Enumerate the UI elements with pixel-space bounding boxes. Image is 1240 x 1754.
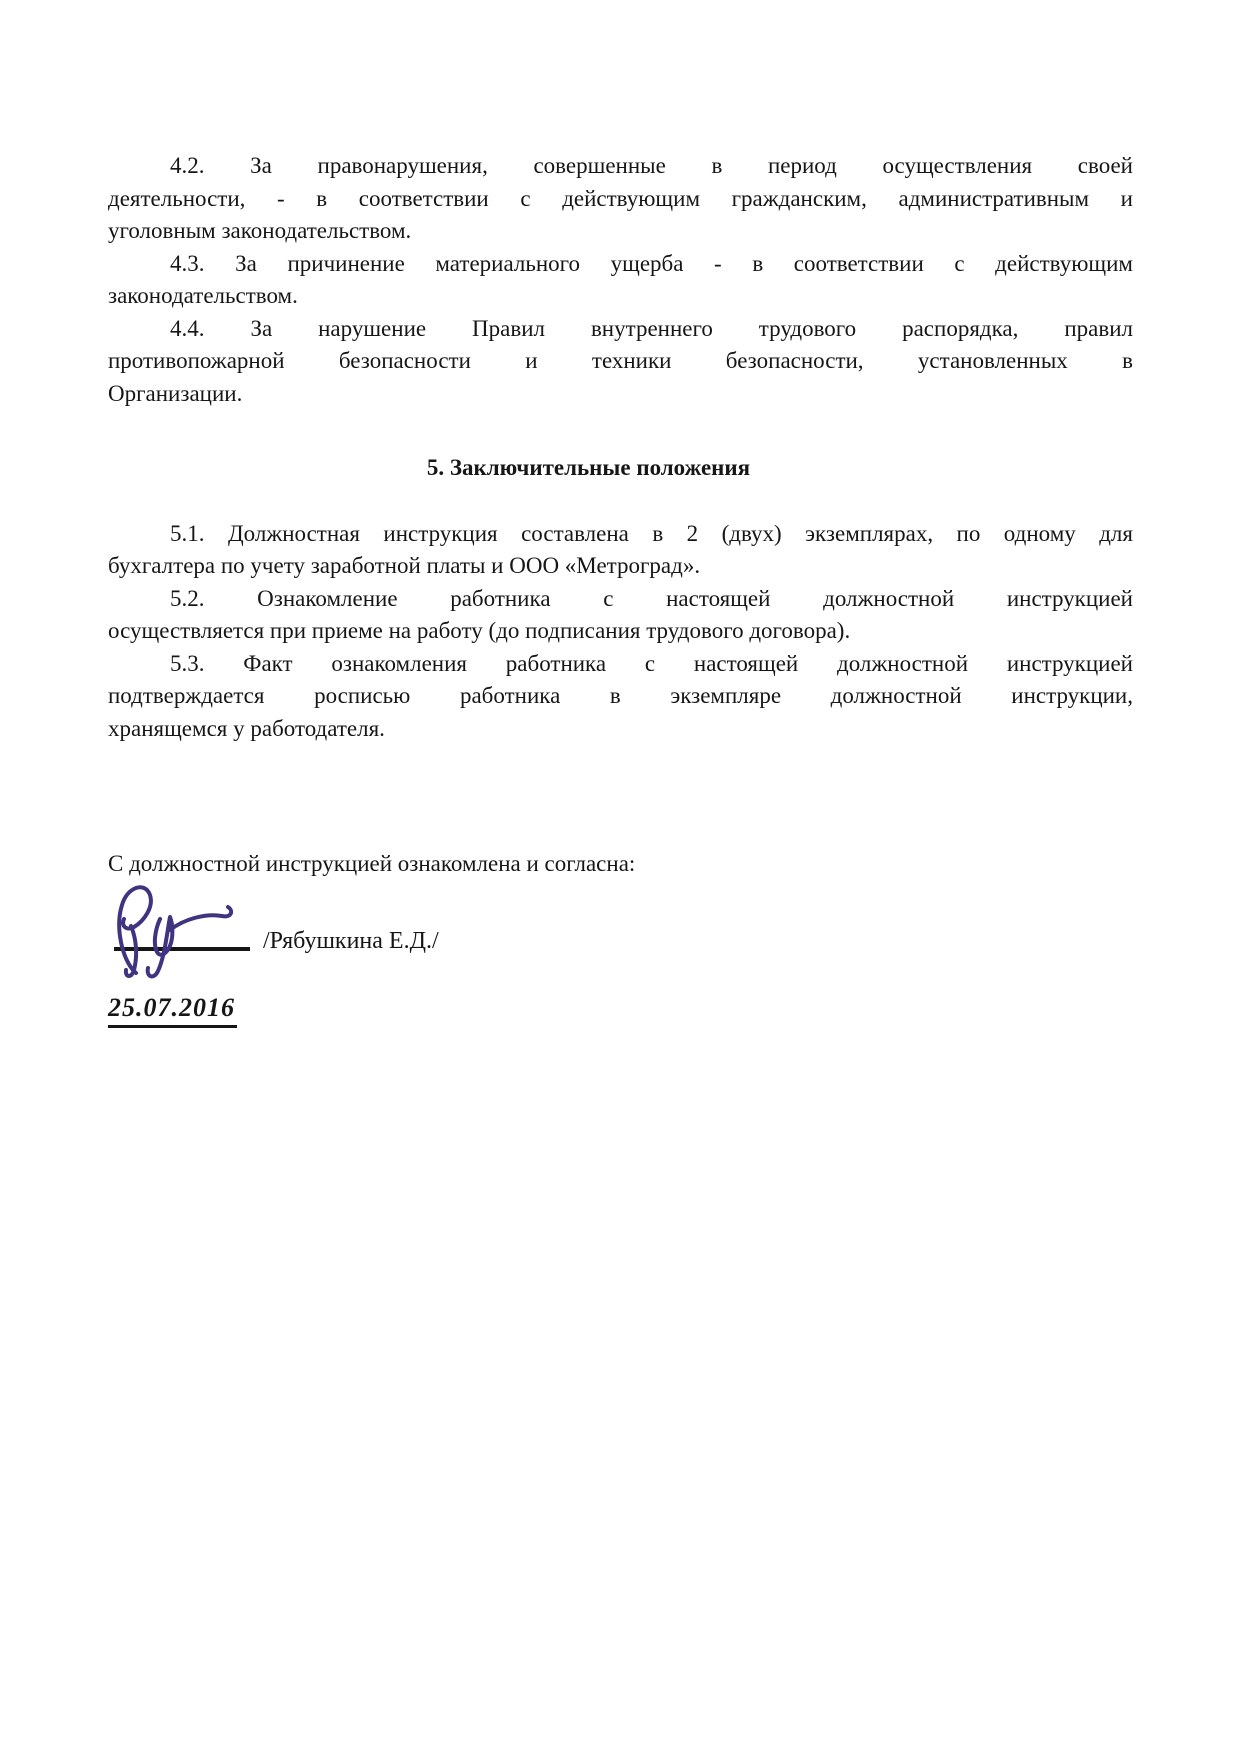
text-line: 4.2. За правонарушения, совершенные в пе… (108, 150, 1133, 183)
section-5-heading: 5. Заключительные положения (108, 452, 1133, 485)
text-line: 4.4. За нарушение Правил внутреннего тру… (108, 313, 1133, 346)
text-line: бухгалтера по учету заработной платы и О… (108, 550, 1133, 583)
text-line: противопожарной безопасности и техники б… (108, 345, 1133, 378)
paragraph-4-2: 4.2. За правонарушения, совершенные в пе… (108, 150, 1133, 248)
text-line: 5.3. Факт ознакомления работника с насто… (108, 648, 1133, 681)
document-page: 4.2. За правонарушения, совершенные в пе… (0, 0, 1240, 1754)
signature-block: /Рябушкина Е.Д./ (108, 881, 1133, 993)
text-line: 5.2. Ознакомление работника с настоящей … (108, 583, 1133, 616)
text-line: осуществляется при приеме на работу (до … (108, 615, 1133, 648)
text-line: законодательством. (108, 280, 1133, 313)
paragraph-4-3: 4.3. За причинение материального ущерба … (108, 248, 1133, 313)
paragraph-5-3: 5.3. Факт ознакомления работника с насто… (108, 648, 1133, 746)
text-line: подтверждается росписью работника в экзе… (108, 680, 1133, 713)
document-content: 4.2. За правонарушения, совершенные в пе… (0, 0, 1240, 1028)
paragraph-5-1: 5.1. Должностная инструкция составлена в… (108, 518, 1133, 583)
text-line: уголовным законодательством. (108, 215, 1133, 248)
signature-ink-image (110, 885, 266, 989)
text-line: Организации. (108, 378, 1133, 411)
date-signed: 25.07.2016 (108, 993, 237, 1028)
paragraph-5-2: 5.2. Ознакомление работника с настоящей … (108, 583, 1133, 648)
acknowledgement-text: С должностной инструкцией ознакомлена и … (108, 848, 1133, 881)
signature-ink-path (119, 887, 231, 976)
text-line: деятельности, - в соответствии с действу… (108, 183, 1133, 216)
signature-name: /Рябушкина Е.Д./ (263, 925, 439, 957)
paragraph-4-4: 4.4. За нарушение Правил внутреннего тру… (108, 313, 1133, 411)
text-line: 4.3. За причинение материального ущерба … (108, 248, 1133, 281)
text-line: 5.1. Должностная инструкция составлена в… (108, 518, 1133, 551)
text-line: хранящемся у работодателя. (108, 713, 1133, 746)
